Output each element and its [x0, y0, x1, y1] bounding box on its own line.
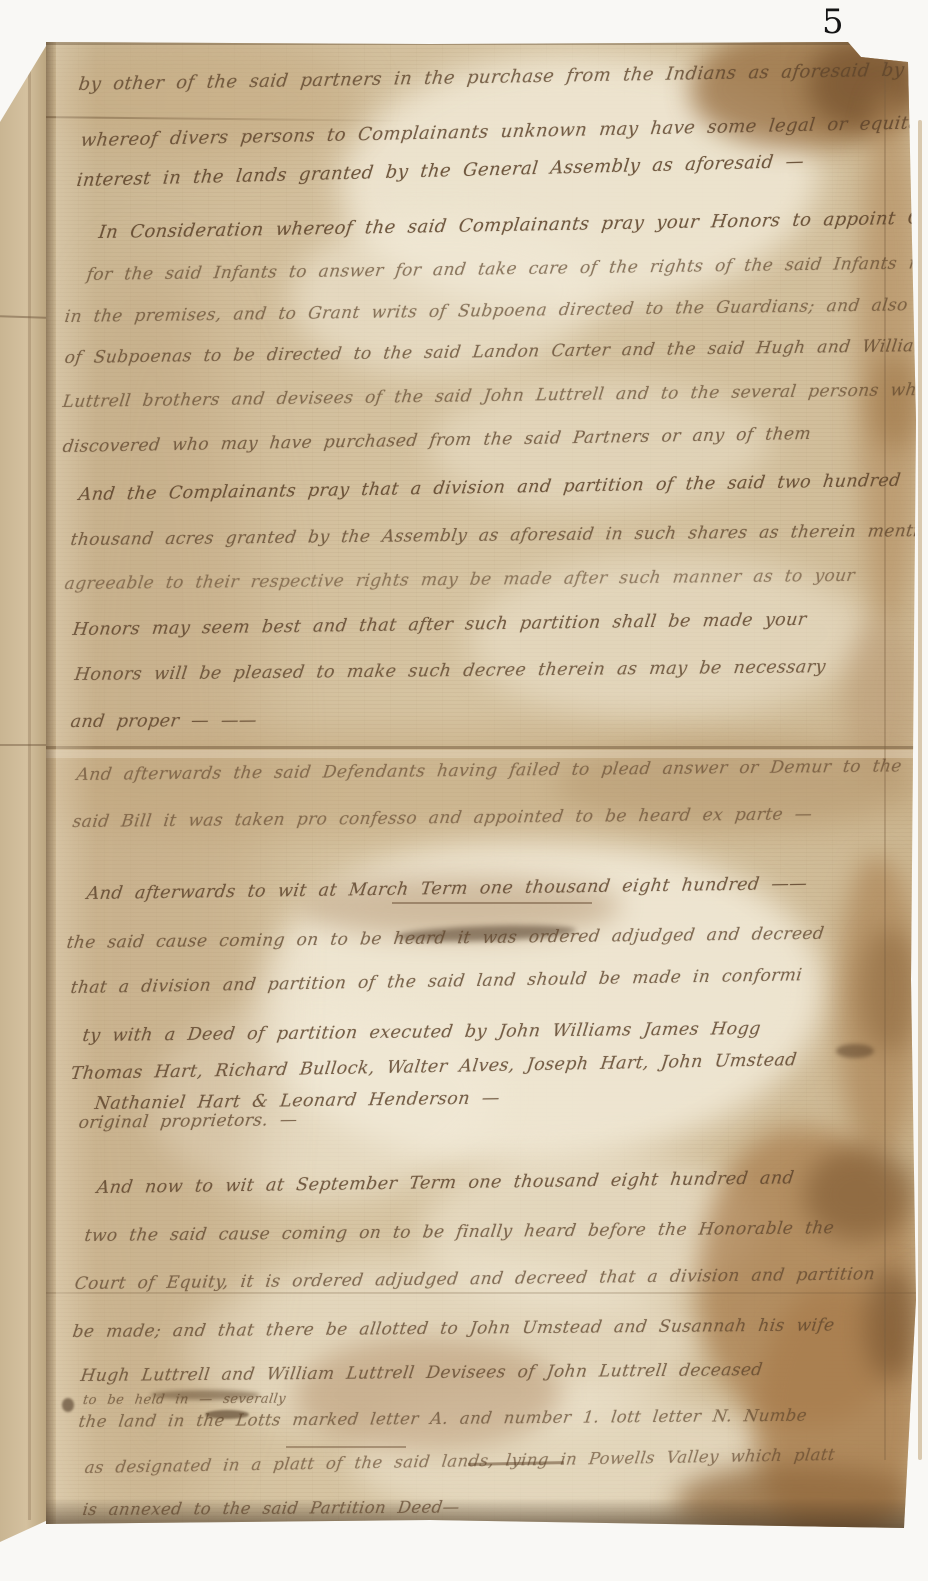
fold-edge-shadow [28, 46, 31, 1520]
manuscript-line: And afterwards to wit at March Term one … [85, 874, 808, 904]
manuscript-line: is annexed to the said Partition Deed— [81, 1497, 460, 1519]
manuscript-line: Hugh Luttrell and William Luttrell Devis… [79, 1360, 764, 1386]
manuscript-line: And now to wit at September Term one tho… [95, 1168, 795, 1198]
manuscript-line: Court of Equity, it is ordered adjudged … [73, 1264, 876, 1294]
page-edge-sliver [918, 120, 922, 1460]
manuscript-line: the land in the Lotts marked letter A. a… [77, 1406, 808, 1431]
manuscript-line: agreeable to their respective rights may… [63, 566, 856, 594]
crease-line [0, 744, 46, 746]
manuscript-line: Thomas Hart, Richard Bullock, Walter Alv… [70, 1050, 799, 1084]
scanned-document: 5 [0, 0, 928, 1581]
manuscript-line: to be held in — severally [82, 1392, 287, 1408]
manuscript-line: in the premises, and to Grant writs of S… [63, 294, 928, 327]
manuscript-line: thousand acres granted by the Assembly a… [69, 521, 928, 550]
manuscript-line: Luttrell brothers and devisees of the sa… [61, 380, 928, 412]
manuscript-line: original proprietors. — [77, 1110, 298, 1133]
manuscript-line: be made; and that there be allotted to J… [71, 1315, 835, 1342]
manuscript-line: and proper — —— [69, 711, 258, 732]
manuscript-line: that a division and partition of the sai… [70, 965, 804, 998]
manuscript-line: two the said cause coming on to be final… [83, 1218, 835, 1246]
manuscript-line: Honors will be pleased to make such decr… [73, 657, 827, 685]
manuscript-line: the said cause coming on to be heard it … [65, 924, 825, 953]
manuscript-line: In Consideration whereof the said Compla… [97, 206, 928, 243]
manuscript-line: as designated in a platt of the said lan… [84, 1445, 836, 1477]
manuscript-line: And afterwards the said Defendants havin… [75, 756, 903, 785]
manuscript-line: whereof divers persons to Complainants u… [79, 112, 928, 151]
manuscript-line: And the Complainants pray that a divisio… [78, 471, 902, 505]
manuscript-lines: by other of the said partners in the pur… [0, 0, 928, 1581]
manuscript-line: discovered who may have purchased from t… [62, 424, 813, 457]
manuscript-line: said Bill it was taken pro confesso and … [71, 804, 813, 832]
crease-line [0, 315, 46, 319]
manuscript-line: ty with a Deed of partition executed by … [81, 1019, 762, 1046]
manuscript-page: by other of the said partners in the pur… [0, 0, 928, 1581]
manuscript-line: by other of the said partners in the pur… [77, 58, 928, 95]
manuscript-line: Honors may seem best and that after such… [71, 610, 807, 640]
manuscript-line: of Subpoenas to be directed to the said … [63, 336, 928, 368]
manuscript-line: interest in the lands granted by the Gen… [76, 151, 806, 191]
page-number: 5 [822, 2, 844, 42]
manuscript-line: for the said Infants to answer for and t… [85, 252, 928, 285]
adjacent-page-edge [0, 0, 48, 1581]
